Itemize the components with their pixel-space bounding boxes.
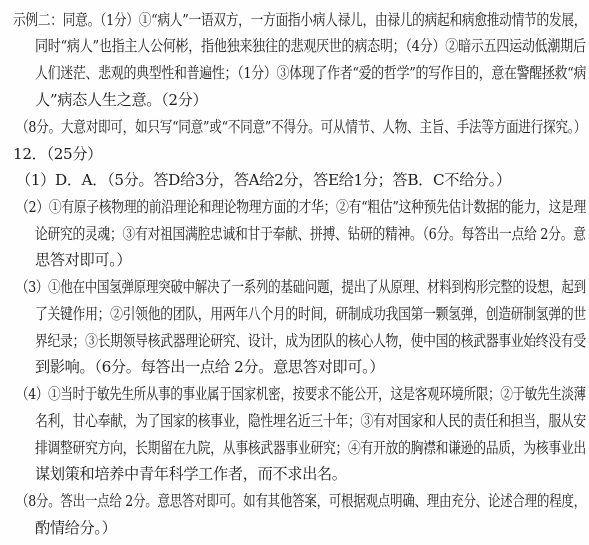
example-two-line-2: 同时“病人”也指主人公何彬，指他独来独往的悲观厌世的病态明；（4分）②暗示五四运… xyxy=(35,36,586,56)
q12-part4-line-1: （4）①当时于敏先生所从事的事业属于国家机密，按要求不能公开，这是客观环境所限；… xyxy=(16,384,586,404)
q12-part3-line-1: （3）①他在中国氢弹原理突破中解决了一系列的基础问题，提出了从原理、材料到构形完… xyxy=(16,277,586,297)
q12-part4-line-2: 名利，甘心奉献，为了国家的核事业，隐性埋名近三十年；③有对国家和人民的责任和担当… xyxy=(35,411,586,431)
q12-part3-line-3: 界纪录；③长期领导核武器理论研究、设计，成为团队的核心人物，使中国的核武器事业始… xyxy=(35,331,586,351)
example-two-line-1: 示例二：同意。（1分）①“病人”一语双方，一方面指小病人禄儿，由禄儿的病起和病愈… xyxy=(13,10,586,30)
q12-part3-line-4: 到影响。（6分。每答出一点给 2分。意思答对即可。） xyxy=(35,357,384,377)
q12-part2-line-2: 论研究的灵魂；③有对祖国满腔忠诚和甘于奉献、拼搏、钻研的精神。（6分。每答出一点… xyxy=(35,224,586,244)
q12-scoring-note-line-2: 酌情给分。） xyxy=(35,518,116,538)
q12-part1: （1）D．A．（5分。答D给3分，答A给2分，答E给1分；答B．C不给分。） xyxy=(16,170,511,190)
example-two-line-3: 人们迷茫、悲观的典型性和普遍性；（1分）③体现了作者“爱的哲学”的写作目的，意在… xyxy=(35,63,586,83)
q12-part3-line-2: 了关键作用；②引领他的团队，用两年八个月的时间，研制成功我国第一颗氢弹，创造研制… xyxy=(35,304,586,324)
q12-heading: 12．（25分） xyxy=(13,144,102,164)
q12-part4-line-4: 谋划策和培养中青年科学工作者，而不求出名。 xyxy=(35,464,347,484)
q11-scoring-note: （8分。大意对即可，如只写“同意”或“不同意”不得分。可从情节、人物、主旨、手法… xyxy=(16,117,586,137)
q12-scoring-note-line-1: （8分。答出一点给 2分。意思答对即可。如有其他答案，可根据观点明确、理由充分、… xyxy=(16,491,586,511)
answer-key-page: 示例二：同意。（1分）①“病人”一语双方，一方面指小病人禄儿，由禄儿的病起和病愈… xyxy=(0,0,589,545)
q12-part4-line-3: 排调整研究方向，长期留在九院，从事核武器事业研究；④有开放的胸襟和谦逊的品质，为… xyxy=(35,438,586,458)
q12-part2-line-3: 思答对即可。） xyxy=(35,250,131,270)
q12-part2-line-1: （2）①有原子核物理的前沿理论和理论物理方面的才华；②有“粗估”这种预先估计数据… xyxy=(16,197,586,217)
example-two-line-4: 人”病态人生之意。（2分） xyxy=(35,90,207,110)
